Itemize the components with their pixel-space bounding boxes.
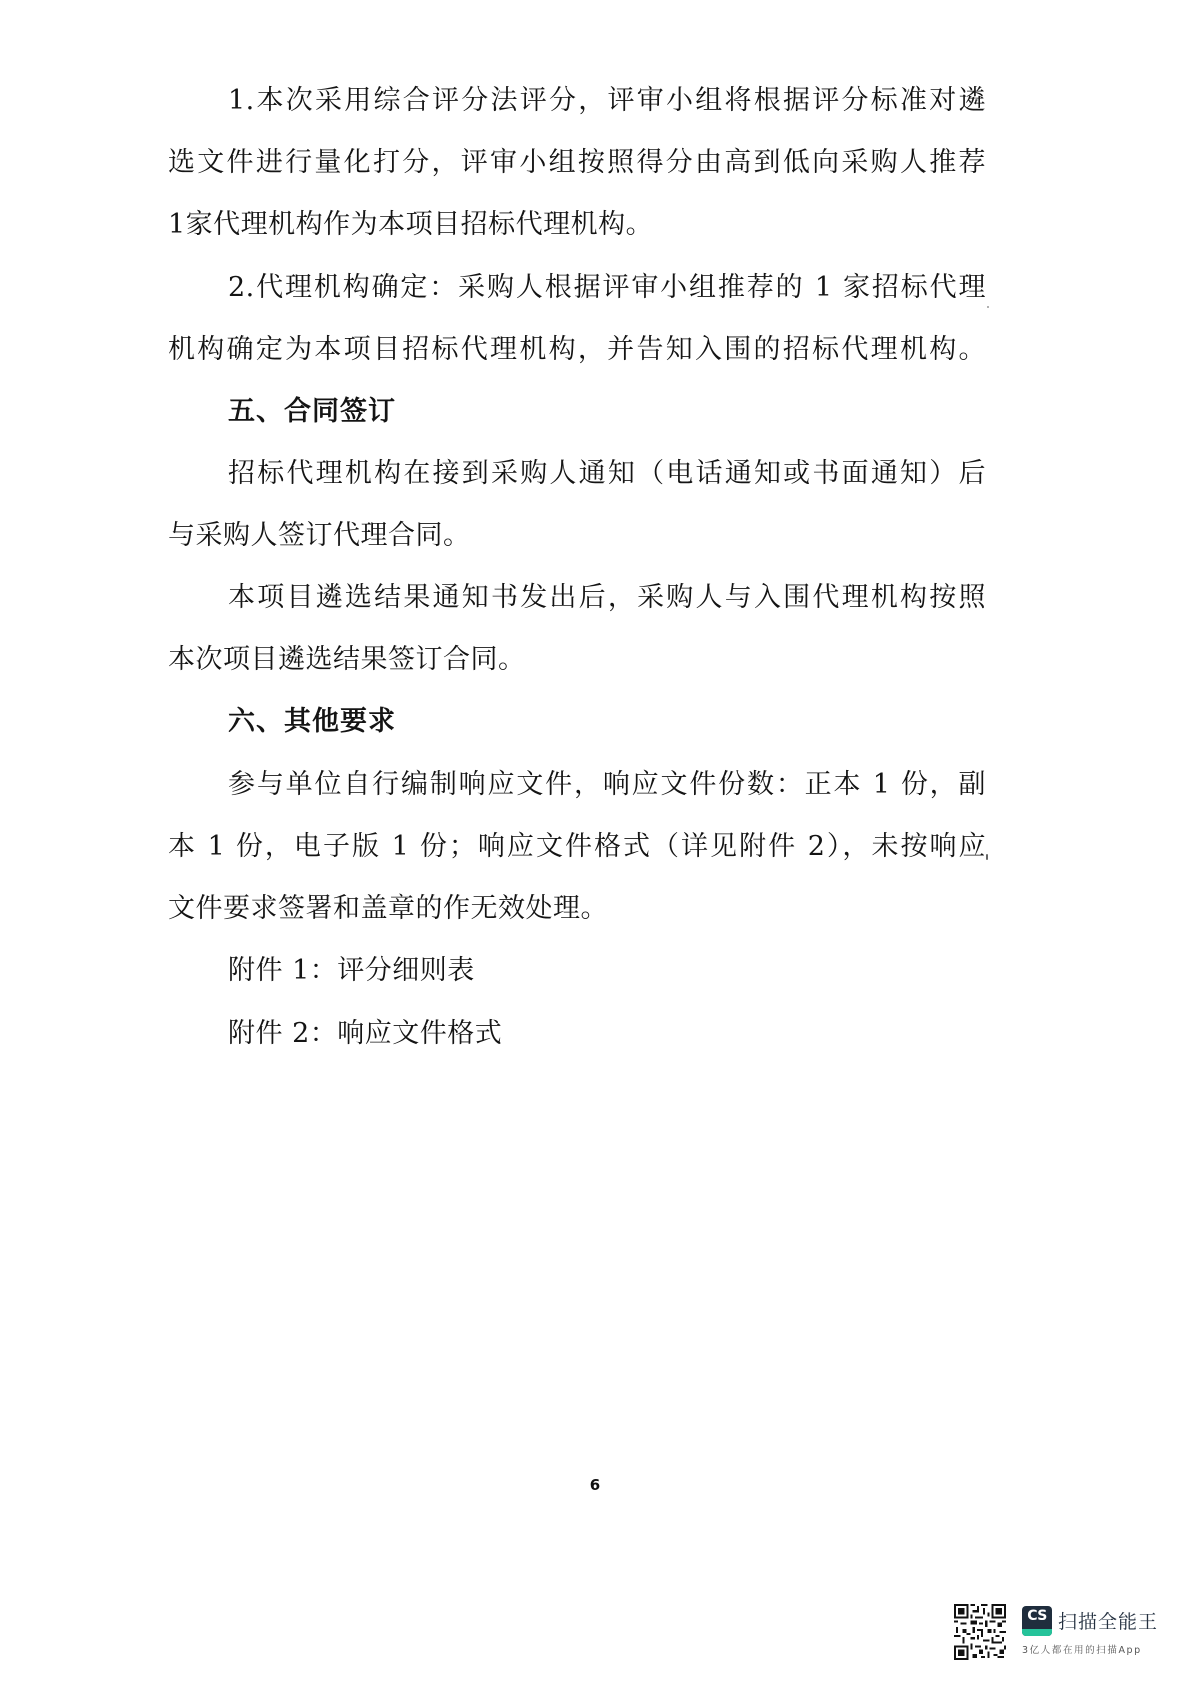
section-heading-contract: 五、合同签订	[228, 395, 1048, 429]
watermark-subtitle: 3亿人都在用的扫描App	[1022, 1642, 1142, 1656]
scan-speck	[987, 306, 989, 308]
paragraph-2-line-2: 机构确定为本项目招标代理机构，并告知入围的招标代理机构。	[168, 333, 986, 367]
paragraph-4-line-2: 本次项目遴选结果签订合同。	[168, 643, 988, 677]
camscanner-watermark: CS 扫描全能王 3亿人都在用的扫描App	[950, 1600, 1170, 1664]
attachment-1: 附件 1：评分细则表	[228, 954, 1048, 988]
section-heading-other-requirements: 六、其他要求	[228, 705, 1048, 739]
paragraph-4-line-1: 本项目遴选结果通知书发出后，采购人与入围代理机构按照	[228, 581, 986, 615]
paragraph-3-line-2: 与采购人签订代理合同。	[168, 519, 988, 553]
watermark-title: 扫描全能王	[1058, 1607, 1158, 1634]
paragraph-1-line-3: 1家代理机构作为本项目招标代理机构。	[168, 208, 988, 242]
paragraph-2-line-1: 2.代理机构确定：采购人根据评审小组推荐的 1 家招标代理	[228, 271, 986, 305]
attachment-2: 附件 2：响应文件格式	[228, 1017, 1048, 1051]
paragraph-5-line-2: 本 1 份，电子版 1 份；响应文件格式（详见附件 2），未按响应	[168, 830, 986, 864]
document-page: 1.本次采用综合评分法评分，评审小组将根据评分标准对遴 选文件进行量化打分，评审…	[0, 0, 1190, 1684]
qr-code-icon	[954, 1604, 1006, 1660]
page-number: 6	[580, 1476, 610, 1494]
paragraph-3-line-1: 招标代理机构在接到采购人通知（电话通知或书面通知）后	[228, 457, 986, 491]
logo-accent-bar	[1022, 1629, 1052, 1636]
paragraph-1-line-1: 1.本次采用综合评分法评分，评审小组将根据评分标准对遴	[228, 84, 986, 118]
camscanner-logo-icon: CS	[1022, 1606, 1052, 1636]
paragraph-5-line-1: 参与单位自行编制响应文件，响应文件份数：正本 1 份，副	[228, 768, 986, 802]
paragraph-1-line-2: 选文件进行量化打分，评审小组按照得分由高到低向采购人推荐	[168, 146, 986, 180]
logo-text: CS	[1022, 1608, 1052, 1624]
scan-speck	[986, 854, 988, 860]
paragraph-5-line-3: 文件要求签署和盖章的作无效处理。	[168, 892, 988, 926]
